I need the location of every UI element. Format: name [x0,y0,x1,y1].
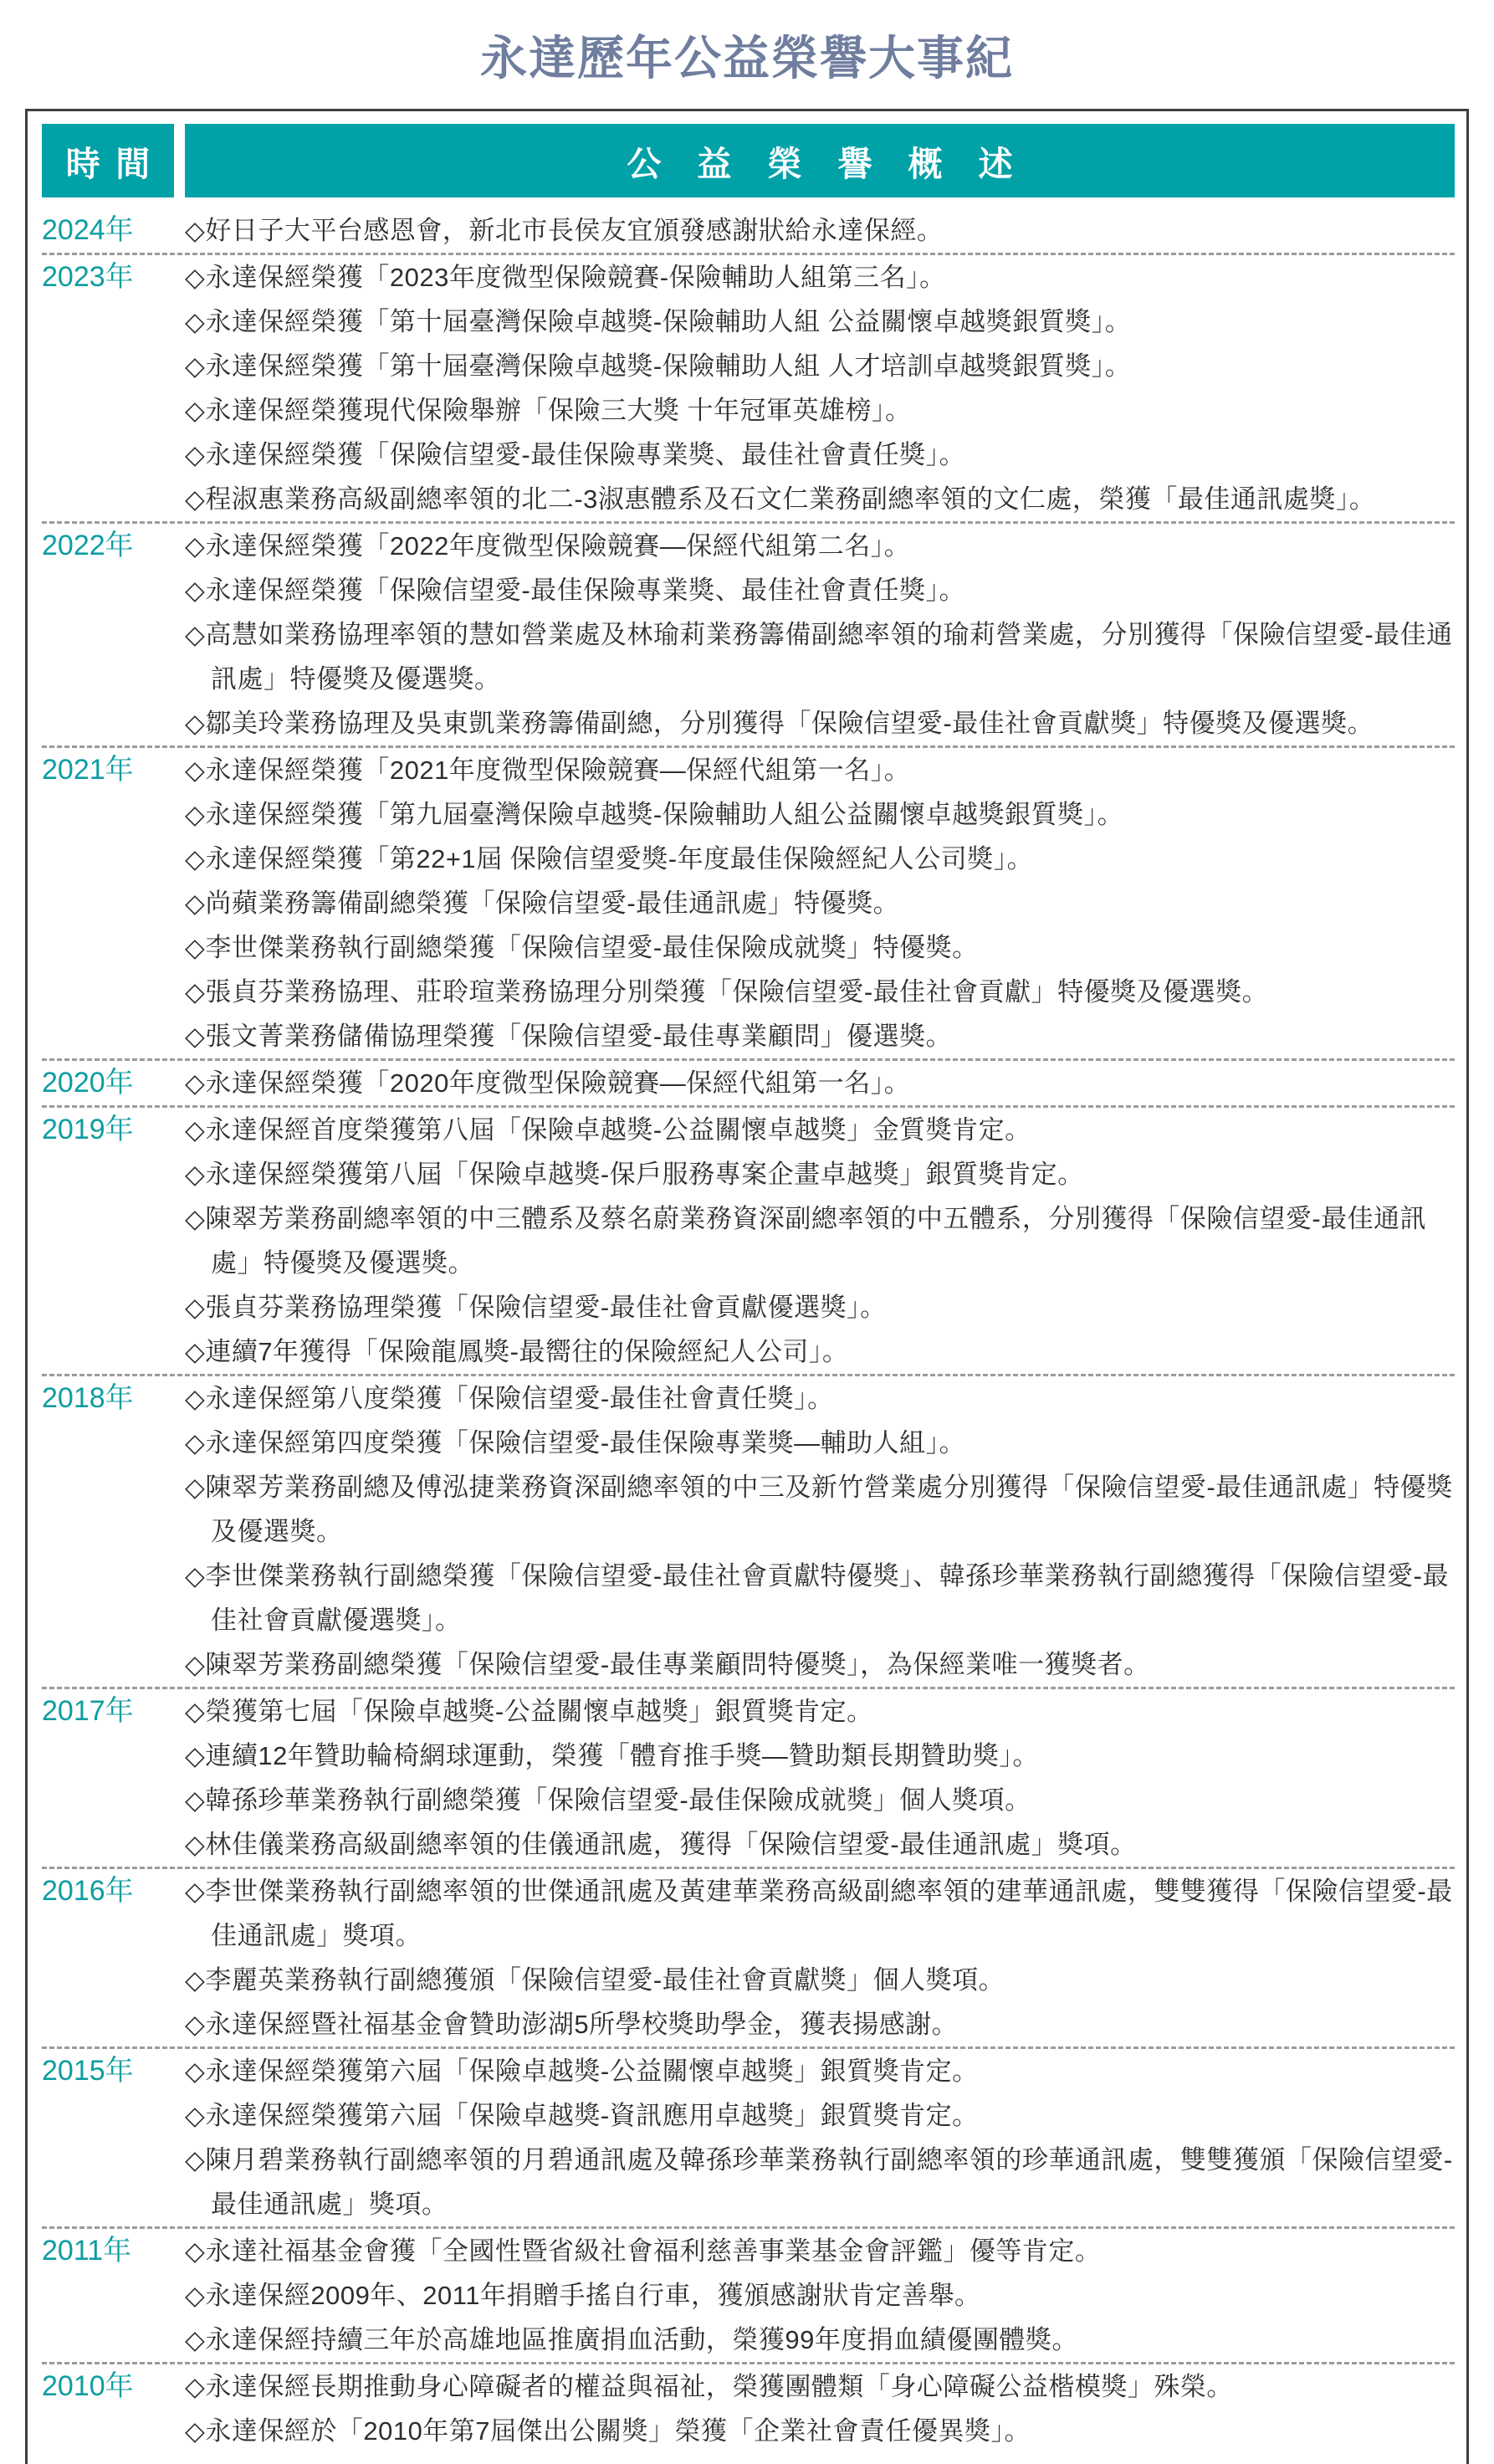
honor-item-text: 永達保經首度榮獲第八屆「保險卓越獎-公益關懷卓越獎」金質獎肯定。 [205,1115,1031,1145]
diamond-bullet-icon: ◇ [185,1561,205,1591]
honor-item: ◇鄒美玲業務協理及吳東凱業務籌備副總，分別獲得「保險信望愛-最佳社會貢獻獎」特優… [185,701,1455,745]
honor-item-text: 永達保經榮獲「保險信望愛-最佳保險專業獎、最佳社會責任獎」。 [205,440,965,469]
honor-item-text: 連續12年贊助輪椅網球運動，榮獲「體育推手獎—贊助類長期贊助獎」。 [205,1741,1038,1770]
diamond-bullet-icon: ◇ [185,2010,205,2039]
diamond-bullet-icon: ◇ [185,1650,205,1679]
honor-item-text: 張貞芬業務協理、莊聆瑄業務協理分別榮獲「保險信望愛-最佳社會貢獻」特優獎及優選獎… [205,977,1268,1007]
honor-item: ◇好日子大平台感恩會，新北市長侯友宜頒發感謝狀給永達保經。 [185,208,1455,253]
honor-item-text: 李世傑業務執行副總榮獲「保險信望愛-最佳社會貢獻特優獎」、韓孫珍華業務執行副總獲… [205,1561,1449,1635]
year-row: 2010年 ◇永達保經長期推動身心障礙者的權益與福祉，榮獲團體類「身心障礙公益楷… [42,2362,1455,2453]
year-row: 2019年 ◇永達保經首度榮獲第八屆「保險卓越獎-公益關懷卓越獎」金質獎肯定。◇… [42,1105,1455,1374]
row-items: ◇永達保經第八度榮獲「保險信望愛-最佳社會責任獎」。◇永達保經第四度榮獲「保險信… [185,1376,1455,1687]
year-label: 2021年 [42,748,185,792]
honor-item: ◇李世傑業務執行副總榮獲「保險信望愛-最佳保險成就獎」特優獎。 [185,925,1455,970]
honor-item: ◇張貞芬業務協理、莊聆瑄業務協理分別榮獲「保險信望愛-最佳社會貢獻」特優獎及優選… [185,970,1455,1014]
year-row: 2021年 ◇永達保經榮獲「2021年度微型保險競賽—保經代組第一名」。◇永達保… [42,745,1455,1058]
year-label: 2011年 [42,2229,185,2273]
honor-item-text: 永達保經榮獲第六屆「保險卓越獎-公益關懷卓越獎」銀質獎肯定。 [205,2057,978,2086]
honor-item: ◇尚蘋業務籌備副總榮獲「保險信望愛-最佳通訊處」特優獎。 [185,881,1455,925]
honor-item: ◇永達保經榮獲「2020年度微型保險競賽—保經代組第一名」。 [185,1061,1455,1105]
honor-item: ◇榮獲第七屆「保險卓越獎-公益關懷卓越獎」銀質獎肯定。 [185,1689,1455,1734]
honor-item: ◇永達保經於「2010年第7屆傑出公關獎」榮獲「企業社會責任優異獎」。 [185,2409,1455,2453]
honor-item-text: 張文菁業務儲備協理榮獲「保險信望愛-最佳專業顧問」優選獎。 [205,1022,952,1051]
honor-item: ◇永達保經榮獲「2022年度微型保險競賽—保經代組第二名」。 [185,524,1455,568]
diamond-bullet-icon: ◇ [185,1830,205,1859]
row-items: ◇永達保經榮獲「2021年度微型保險競賽—保經代組第一名」。◇永達保經榮獲「第九… [185,748,1455,1058]
diamond-bullet-icon: ◇ [185,1877,205,1906]
diamond-bullet-icon: ◇ [185,396,205,425]
diamond-bullet-icon: ◇ [185,2101,205,2130]
diamond-bullet-icon: ◇ [185,484,205,514]
year-label: 2020年 [42,1061,185,1105]
row-items: ◇永達保經榮獲第六屆「保險卓越獎-公益關懷卓越獎」銀質獎肯定。◇永達保經榮獲第六… [185,2049,1455,2226]
year-row: 2015年 ◇永達保經榮獲第六屆「保險卓越獎-公益關懷卓越獎」銀質獎肯定。◇永達… [42,2047,1455,2226]
page: 永達歷年公益榮譽大事紀 時間 公益榮譽概述 2024年 ◇好日子大平台感恩會，新… [0,22,1494,2464]
honor-item-text: 永達保經2009年、2011年捐贈手搖自行車，獲頒感謝狀肯定善舉。 [205,2281,980,2310]
honor-item-text: 永達保經榮獲「2020年度微型保險競賽—保經代組第一名」。 [205,1068,910,1098]
honor-item-text: 陳月碧業務執行副總率領的月碧通訊處及韓孫珍華業務執行副總率領的珍華通訊處，雙雙獲… [205,2145,1452,2219]
honor-item: ◇林佳儀業務高級副總率領的佳儀通訊處，獲得「保險信望愛-最佳通訊處」獎項。 [185,1822,1455,1867]
diamond-bullet-icon: ◇ [185,1697,205,1726]
honor-item-text: 鄒美玲業務協理及吳東凱業務籌備副總，分別獲得「保險信望愛-最佳社會貢獻獎」特優獎… [205,709,1374,738]
honor-item: ◇韓孫珍華業務執行副總榮獲「保險信望愛-最佳保險成就獎」個人獎項。 [185,1778,1455,1822]
honor-item-text: 永達保經榮獲「2023年度微型保險競賽-保險輔助人組第三名」。 [205,263,945,292]
honor-item-text: 陳翠芳業務副總及傅泓捷業務資深副總率領的中三及新竹營業處分別獲得「保險信望愛-最… [205,1473,1452,1546]
diamond-bullet-icon: ◇ [185,531,205,561]
diamond-bullet-icon: ◇ [185,977,205,1007]
header-time-cell: 時間 [42,124,174,197]
row-items: ◇永達保經榮獲「2023年度微型保險競賽-保險輔助人組第三名」。◇永達保經榮獲「… [185,255,1455,521]
diamond-bullet-icon: ◇ [185,2057,205,2086]
honor-item: ◇永達保經2009年、2011年捐贈手搖自行車，獲頒感謝狀肯定善舉。 [185,2273,1455,2318]
honor-item-text: 李世傑業務執行副總榮獲「保險信望愛-最佳保險成就獎」特優獎。 [205,933,978,962]
diamond-bullet-icon: ◇ [185,1337,205,1366]
honor-item: ◇永達保經榮獲「2023年度微型保險競賽-保險輔助人組第三名」。 [185,255,1455,300]
diamond-bullet-icon: ◇ [185,1428,205,1457]
honor-item-text: 韓孫珍華業務執行副總榮獲「保險信望愛-最佳保險成就獎」個人獎項。 [205,1785,1031,1815]
row-items: ◇永達保經榮獲「2022年度微型保險競賽—保經代組第二名」。◇永達保經榮獲「保險… [185,524,1455,745]
honor-item: ◇永達保經榮獲「保險信望愛-最佳保險專業獎、最佳社會責任獎」。 [185,433,1455,477]
honor-item: ◇連續12年贊助輪椅網球運動，榮獲「體育推手獎—贊助類長期贊助獎」。 [185,1734,1455,1778]
honor-item: ◇永達保經榮獲「2021年度微型保險競賽—保經代組第一名」。 [185,748,1455,792]
row-items: ◇永達保經首度榮獲第八屆「保險卓越獎-公益關懷卓越獎」金質獎肯定。◇永達保經榮獲… [185,1108,1455,1374]
year-label: 2023年 [42,255,185,300]
diamond-bullet-icon: ◇ [185,1068,205,1098]
honor-item-text: 程淑惠業務高級副總率領的北二-3淑惠體系及石文仁業務副總率領的文仁處，榮獲「最佳… [205,484,1375,514]
diamond-bullet-icon: ◇ [185,800,205,829]
diamond-bullet-icon: ◇ [185,263,205,292]
honor-item-text: 永達保經於「2010年第7屆傑出公關獎」榮獲「企業社會責任優異獎」。 [205,2416,1031,2446]
diamond-bullet-icon: ◇ [185,2325,205,2354]
diamond-bullet-icon: ◇ [185,889,205,918]
diamond-bullet-icon: ◇ [185,756,205,785]
honor-item-text: 永達保經榮獲「第十屆臺灣保險卓越獎-保險輔助人組 公益關懷卓越獎銀質獎」。 [205,307,1131,336]
honor-item: ◇連續7年獲得「保險龍鳳獎-最嚮往的保險經紀人公司」。 [185,1329,1455,1374]
diamond-bullet-icon: ◇ [185,1160,205,1189]
honor-item: ◇陳翠芳業務副總及傅泓捷業務資深副總率領的中三及新竹營業處分別獲得「保險信望愛-… [185,1465,1455,1554]
diamond-bullet-icon: ◇ [185,1115,205,1145]
honor-item-text: 李麗英業務執行副總獲頒「保險信望愛-最佳社會貢獻獎」個人獎項。 [205,1965,1005,1995]
honor-item: ◇永達保經榮獲現代保險舉辦「保險三大獎 十年冠軍英雄榜」。 [185,388,1455,433]
honor-item-text: 永達保經長期推動身心障礙者的權益與福祉，榮獲團體類「身心障礙公益楷模獎」殊榮。 [205,2372,1233,2401]
honor-item: ◇陳月碧業務執行副總率領的月碧通訊處及韓孫珍華業務執行副總率領的珍華通訊處，雙雙… [185,2138,1455,2226]
row-items: ◇永達保經榮獲「2020年度微型保險競賽—保經代組第一名」。 [185,1061,1455,1105]
header-summary-cell: 公益榮譽概述 [185,124,1455,197]
year-label: 2019年 [42,1108,185,1152]
honor-item: ◇李世傑業務執行副總榮獲「保險信望愛-最佳社會貢獻特優獎」、韓孫珍華業務執行副總… [185,1554,1455,1642]
year-row: 2017年 ◇榮獲第七屆「保險卓越獎-公益關懷卓越獎」銀質獎肯定。◇連續12年贊… [42,1687,1455,1867]
year-row: 2018年 ◇永達保經第八度榮獲「保險信望愛-最佳社會責任獎」。◇永達保經第四度… [42,1374,1455,1687]
honor-item-text: 永達保經榮獲現代保險舉辦「保險三大獎 十年冠軍英雄榜」。 [205,396,911,425]
honor-item-text: 永達保經榮獲第八屆「保險卓越獎-保戶服務專案企畫卓越獎」銀質獎肯定。 [205,1160,1083,1189]
diamond-bullet-icon: ◇ [185,1384,205,1413]
year-label: 2024年 [42,208,185,253]
year-label: 2022年 [42,524,185,568]
honor-item: ◇永達保經榮獲「第十屆臺灣保險卓越獎-保險輔助人組 公益關懷卓越獎銀質獎」。 [185,300,1455,344]
diamond-bullet-icon: ◇ [185,1785,205,1815]
diamond-bullet-icon: ◇ [185,620,205,649]
diamond-bullet-icon: ◇ [185,1022,205,1051]
row-items: ◇李世傑業務執行副總率領的世傑通訊處及黃建華業務高級副總率領的建華通訊處，雙雙獲… [185,1869,1455,2047]
honor-item-text: 李世傑業務執行副總率領的世傑通訊處及黃建華業務高級副總率領的建華通訊處，雙雙獲得… [205,1877,1452,1950]
year-row: 2011年 ◇永達社福基金會獲「全國性暨省級社會福利慈善事業基金會評鑑」優等肯定… [42,2226,1455,2362]
year-row: 2016年 ◇李世傑業務執行副總率領的世傑通訊處及黃建華業務高級副總率領的建華通… [42,1867,1455,2047]
honor-item: ◇張文菁業務儲備協理榮獲「保險信望愛-最佳專業顧問」優選獎。 [185,1014,1455,1058]
honor-item-text: 永達保經榮獲「第九屆臺灣保險卓越獎-保險輔助人組公益關懷卓越獎銀質獎」。 [205,800,1123,829]
honor-item-text: 永達保經暨社福基金會贊助澎湖5所學校獎助學金，獲表揚感謝。 [205,2010,958,2039]
honor-item-text: 永達保經榮獲「2021年度微型保險競賽—保經代組第一名」。 [205,756,910,785]
honor-item: ◇李世傑業務執行副總率領的世傑通訊處及黃建華業務高級副總率領的建華通訊處，雙雙獲… [185,1869,1455,1958]
diamond-bullet-icon: ◇ [185,1293,205,1322]
year-row: 2023年 ◇永達保經榮獲「2023年度微型保險競賽-保險輔助人組第三名」。◇永… [42,253,1455,521]
diamond-bullet-icon: ◇ [185,351,205,381]
diamond-bullet-icon: ◇ [185,440,205,469]
diamond-bullet-icon: ◇ [185,307,205,336]
row-items: ◇永達社福基金會獲「全國性暨省級社會福利慈善事業基金會評鑑」優等肯定。◇永達保經… [185,2229,1455,2362]
honor-item: ◇永達保經第八度榮獲「保險信望愛-最佳社會責任獎」。 [185,1376,1455,1421]
diamond-bullet-icon: ◇ [185,576,205,605]
honor-item-text: 高慧如業務協理率領的慧如營業處及林瑜莉業務籌備副總率領的瑜莉營業處，分別獲得「保… [205,620,1452,694]
year-label: 2016年 [42,1869,185,1913]
honor-item: ◇永達保經榮獲第八屆「保險卓越獎-保戶服務專案企畫卓越獎」銀質獎肯定。 [185,1152,1455,1196]
page-title: 永達歷年公益榮譽大事紀 [0,22,1494,89]
honor-item: ◇永達保經暨社福基金會贊助澎湖5所學校獎助學金，獲表揚感謝。 [185,2002,1455,2047]
diamond-bullet-icon: ◇ [185,2145,205,2175]
diamond-bullet-icon: ◇ [185,2236,205,2266]
honor-item-text: 永達保經榮獲「2022年度微型保險競賽—保經代組第二名」。 [205,531,910,561]
honor-item: ◇永達社福基金會獲「全國性暨省級社會福利慈善事業基金會評鑑」優等肯定。 [185,2229,1455,2273]
honor-item-text: 林佳儀業務高級副總率領的佳儀通訊處，獲得「保險信望愛-最佳通訊處」獎項。 [205,1830,1136,1859]
honor-item: ◇陳翠芳業務副總榮獲「保險信望愛-最佳專業顧問特優獎」，為保經業唯一獲獎者。 [185,1642,1455,1687]
year-row: 2022年 ◇永達保經榮獲「2022年度微型保險競賽—保經代組第二名」。◇永達保… [42,521,1455,745]
table-body: 2024年 ◇好日子大平台感恩會，新北市長侯友宜頒發感謝狀給永達保經。 2023… [28,197,1466,2464]
honor-item: ◇永達保經榮獲「第十屆臺灣保險卓越獎-保險輔助人組 人才培訓卓越獎銀質獎」。 [185,344,1455,388]
honor-item-text: 永達保經持續三年於高雄地區推廣捐血活動，榮獲99年度捐血績優團體獎。 [205,2325,1077,2354]
year-row: 2024年 ◇好日子大平台感恩會，新北市長侯友宜頒發感謝狀給永達保經。 [42,208,1455,253]
honor-item: ◇張貞芬業務協理榮獲「保險信望愛-最佳社會貢獻優選獎」。 [185,1285,1455,1329]
year-row: 2020年 ◇永達保經榮獲「2020年度微型保險競賽—保經代組第一名」。 [42,1058,1455,1105]
honor-item: ◇永達保經榮獲「第22+1屆 保險信望愛獎-年度最佳保險經紀人公司獎」。 [185,837,1455,881]
honor-item-text: 榮獲第七屆「保險卓越獎-公益關懷卓越獎」銀質獎肯定。 [205,1697,872,1726]
honor-item-text: 永達保經榮獲「第十屆臺灣保險卓越獎-保險輔助人組 人才培訓卓越獎銀質獎」。 [205,351,1131,381]
diamond-bullet-icon: ◇ [185,2416,205,2446]
honor-item-text: 陳翠芳業務副總榮獲「保險信望愛-最佳專業顧問特優獎」，為保經業唯一獲獎者。 [205,1650,1149,1679]
honor-item: ◇永達保經榮獲「保險信望愛-最佳保險專業獎、最佳社會責任獎」。 [185,568,1455,612]
honor-item-text: 張貞芬業務協理榮獲「保險信望愛-最佳社會貢獻優選獎」。 [205,1293,886,1322]
row-items: ◇永達保經長期推動身心障礙者的權益與福祉，榮獲團體類「身心障礙公益楷模獎」殊榮。… [185,2364,1455,2453]
honor-item: ◇永達保經榮獲第六屆「保險卓越獎-資訊應用卓越獎」銀質獎肯定。 [185,2093,1455,2138]
honor-item: ◇高慧如業務協理率領的慧如營業處及林瑜莉業務籌備副總率領的瑜莉營業處，分別獲得「… [185,612,1455,701]
honor-item-text: 永達保經第四度榮獲「保險信望愛-最佳保險專業獎—輔助人組」。 [205,1428,965,1457]
diamond-bullet-icon: ◇ [185,709,205,738]
diamond-bullet-icon: ◇ [185,2372,205,2401]
diamond-bullet-icon: ◇ [185,844,205,873]
honor-item-text: 尚蘋業務籌備副總榮獲「保險信望愛-最佳通訊處」特優獎。 [205,889,899,918]
diamond-bullet-icon: ◇ [185,216,205,245]
diamond-bullet-icon: ◇ [185,1965,205,1995]
honor-item-text: 陳翠芳業務副總率領的中三體系及蔡名蔚業務資深副總率領的中五體系，分別獲得「保險信… [205,1204,1426,1278]
honor-item-text: 永達保經榮獲第六屆「保險卓越獎-資訊應用卓越獎」銀質獎肯定。 [205,2101,978,2130]
honor-item-text: 好日子大平台感恩會，新北市長侯友宜頒發感謝狀給永達保經。 [205,216,943,245]
diamond-bullet-icon: ◇ [185,1741,205,1770]
honor-item: ◇陳翠芳業務副總率領的中三體系及蔡名蔚業務資深副總率領的中五體系，分別獲得「保險… [185,1196,1455,1285]
honor-item: ◇永達保經榮獲第六屆「保險卓越獎-公益關懷卓越獎」銀質獎肯定。 [185,2049,1455,2093]
honor-item-text: 連續7年獲得「保險龍鳳獎-最嚮往的保險經紀人公司」。 [205,1337,848,1366]
year-label: 2017年 [42,1689,185,1734]
row-items: ◇榮獲第七屆「保險卓越獎-公益關懷卓越獎」銀質獎肯定。◇連續12年贊助輪椅網球運… [185,1689,1455,1867]
diamond-bullet-icon: ◇ [185,1204,205,1233]
honor-item: ◇永達保經榮獲「第九屆臺灣保險卓越獎-保險輔助人組公益關懷卓越獎銀質獎」。 [185,792,1455,837]
honor-item-text: 永達保經榮獲「保險信望愛-最佳保險專業獎、最佳社會責任獎」。 [205,576,965,605]
year-label: 2010年 [42,2364,185,2409]
honor-item: ◇程淑惠業務高級副總率領的北二-3淑惠體系及石文仁業務副總率領的文仁處，榮獲「最… [185,477,1455,521]
honor-item: ◇永達保經第四度榮獲「保險信望愛-最佳保險專業獎—輔助人組」。 [185,1421,1455,1465]
diamond-bullet-icon: ◇ [185,1473,205,1502]
year-label: 2018年 [42,1376,185,1421]
honor-item: ◇永達保經持續三年於高雄地區推廣捐血活動，榮獲99年度捐血績優團體獎。 [185,2318,1455,2362]
honor-item: ◇永達保經首度榮獲第八屆「保險卓越獎-公益關懷卓越獎」金質獎肯定。 [185,1108,1455,1152]
row-items: ◇好日子大平台感恩會，新北市長侯友宜頒發感謝狀給永達保經。 [185,208,1455,253]
honor-item: ◇李麗英業務執行副總獲頒「保險信望愛-最佳社會貢獻獎」個人獎項。 [185,1958,1455,2002]
honor-item: ◇永達保經長期推動身心障礙者的權益與福祉，榮獲團體類「身心障礙公益楷模獎」殊榮。 [185,2364,1455,2409]
year-label: 2015年 [42,2049,185,2093]
honor-item-text: 永達保經第八度榮獲「保險信望愛-最佳社會責任獎」。 [205,1384,833,1413]
honor-item-text: 永達社福基金會獲「全國性暨省級社會福利慈善事業基金會評鑑」優等肯定。 [205,2236,1101,2266]
diamond-bullet-icon: ◇ [185,933,205,962]
honor-item-text: 永達保經榮獲「第22+1屆 保險信望愛獎-年度最佳保險經紀人公司獎」。 [205,844,1033,873]
honors-table: 時間 公益榮譽概述 2024年 ◇好日子大平台感恩會，新北市長侯友宜頒發感謝狀給… [25,109,1469,2464]
table-header: 時間 公益榮譽概述 [28,111,1466,197]
diamond-bullet-icon: ◇ [185,2281,205,2310]
